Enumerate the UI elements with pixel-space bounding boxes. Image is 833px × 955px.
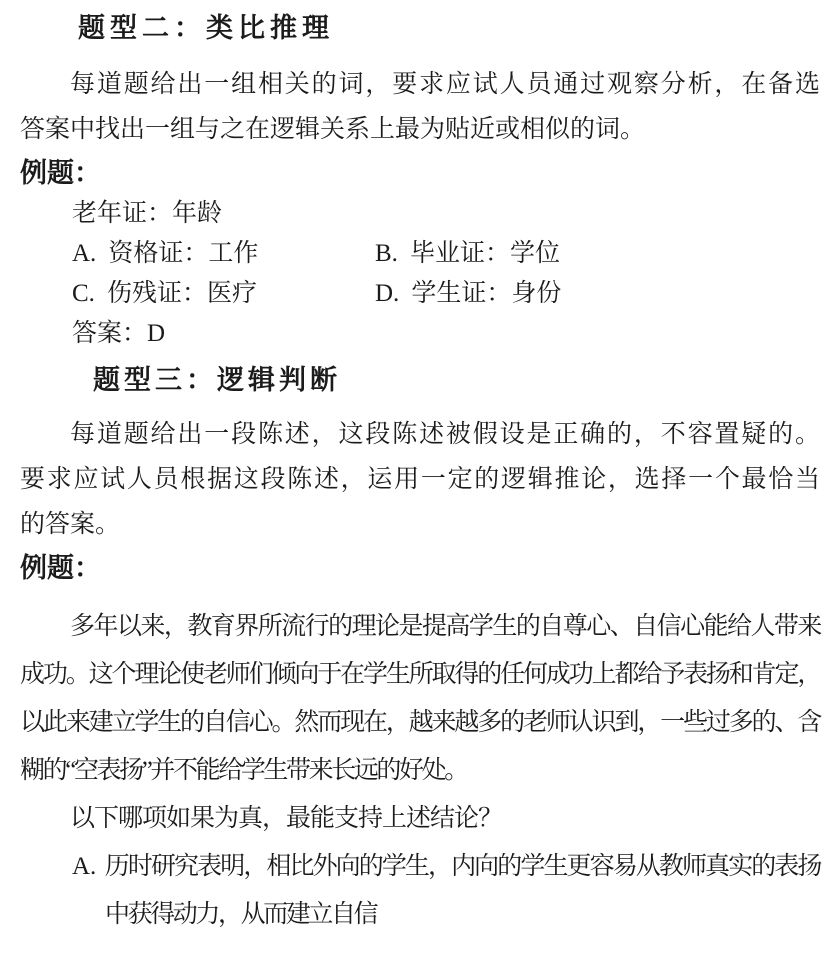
analogy-answer-label: 答案： [72,320,147,347]
logic-description-line-1: 每道题给出一段陈述，这段陈述被假设是正确的，不容置疑的。 [20,412,820,457]
analogy-option-d-text: 学生证：身份 [411,280,561,307]
logic-option-a-line-2: 中获得动力，从而建立自信 [105,891,820,939]
logic-option-a-text: 历时研究表明，相比外向的学生，内向的学生更容易从教师真实的表扬 [104,853,820,880]
analogy-description-line-2: 答案中找出一组与之在逻辑关系上最为贴近或相似的词。 [20,107,820,152]
logic-description-line-3: 的答案。 [20,502,820,547]
logic-passage: 多年以来，教育界所流行的理论是提高学生的自尊心、自信心能给人带来 成功。这个理论… [20,603,820,795]
analogy-options-grid: A.资格证：工作 B.毕业证：学位 C.伤残证：医疗 D.学生证：身份 [72,234,820,314]
analogy-option-a-label: A. [72,240,96,267]
document-page: 题型二：类比推理 每道题给出一组相关的词，要求应试人员通过观察分析，在备选 答案… [0,0,833,939]
analogy-option-b-text: 毕业证：学位 [410,240,560,267]
example-label-analogy: 例题： [20,152,820,194]
analogy-option-a-text: 资格证：工作 [108,240,258,267]
logic-passage-line-3: 以此来建立学生的自信心。然而现在，越来越多的老师认识到，一些过多的、含 [20,699,820,747]
analogy-option-d: D.学生证：身份 [375,274,820,314]
logic-description-line-2: 要求应试人员根据这段陈述，运用一定的逻辑推论，选择一个最恰当 [20,457,820,502]
analogy-answer-value: D [147,320,165,347]
analogy-option-c-label: C. [72,280,95,307]
analogy-option-c: C.伤残证：医疗 [72,274,375,314]
logic-option-a-label: A. [72,853,96,880]
analogy-description-line-1: 每道题给出一组相关的词，要求应试人员通过观察分析，在备选 [20,62,820,107]
heading-question-type-2: 题型二：类比推理 [78,8,820,48]
logic-passage-line-1: 多年以来，教育界所流行的理论是提高学生的自尊心、自信心能给人带来 [20,603,820,651]
logic-option-a-line-1: A.历时研究表明，相比外向的学生，内向的学生更容易从教师真实的表扬 [72,843,820,891]
example-label-logic: 例题： [20,547,820,589]
logic-question: 以下哪项如果为真，最能支持上述结论？ [20,795,820,843]
analogy-option-b: B.毕业证：学位 [375,234,820,274]
logic-passage-line-4: 糊的“空表扬”并不能给学生带来长远的好处。 [20,747,820,795]
analogy-answer: 答案：D [72,314,820,354]
analogy-option-a: A.资格证：工作 [72,234,375,274]
analogy-option-d-label: D. [375,280,399,307]
logic-option-a: A.历时研究表明，相比外向的学生，内向的学生更容易从教师真实的表扬 中获得动力，… [72,843,820,939]
analogy-option-c-text: 伤残证：医疗 [107,280,257,307]
analogy-question-stem: 老年证：年龄 [72,194,820,234]
logic-passage-line-2: 成功。这个理论使老师们倾向于在学生所取得的任何成功上都给予表扬和肯定， [20,651,820,699]
heading-question-type-3: 题型三：逻辑判断 [93,360,820,400]
analogy-option-b-label: B. [375,240,398,267]
